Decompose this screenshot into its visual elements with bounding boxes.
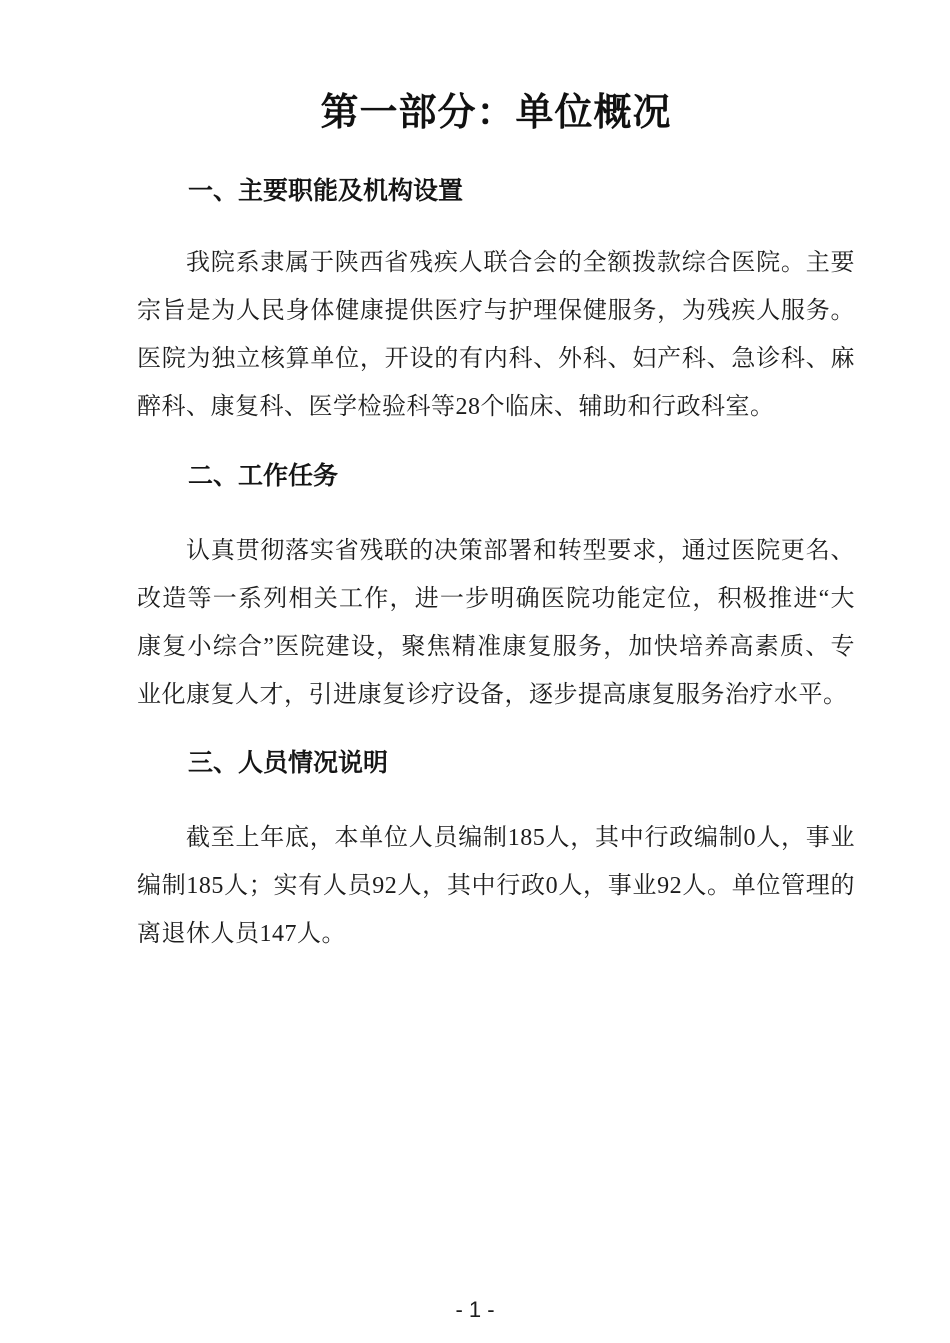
paragraph-personnel: 截至上年底，本单位人员编制185人，其中行政编制0人，事业编制185人；实有人员…	[137, 814, 855, 958]
document-page: 第一部分：单位概况 一、主要职能及机构设置 我院系隶属于陕西省残疾人联合会的全额…	[0, 0, 950, 1343]
paragraph-main-functions: 我院系隶属于陕西省残疾人联合会的全额拨款综合医院。主要宗旨是为人民身体健康提供医…	[137, 239, 855, 431]
section-heading-personnel: 三、人员情况说明	[137, 746, 855, 780]
section-heading-work-tasks: 二、工作任务	[137, 459, 855, 493]
paragraph-work-tasks: 认真贯彻落实省残联的决策部署和转型要求，通过医院更名、改造等一系列相关工作，进一…	[137, 527, 855, 719]
document-title: 第一部分：单位概况	[137, 88, 855, 138]
document-content: 第一部分：单位概况 一、主要职能及机构设置 我院系隶属于陕西省残疾人联合会的全额…	[0, 0, 950, 958]
page-number: - 1 -	[0, 1296, 950, 1324]
section-heading-main-functions: 一、主要职能及机构设置	[137, 174, 855, 208]
